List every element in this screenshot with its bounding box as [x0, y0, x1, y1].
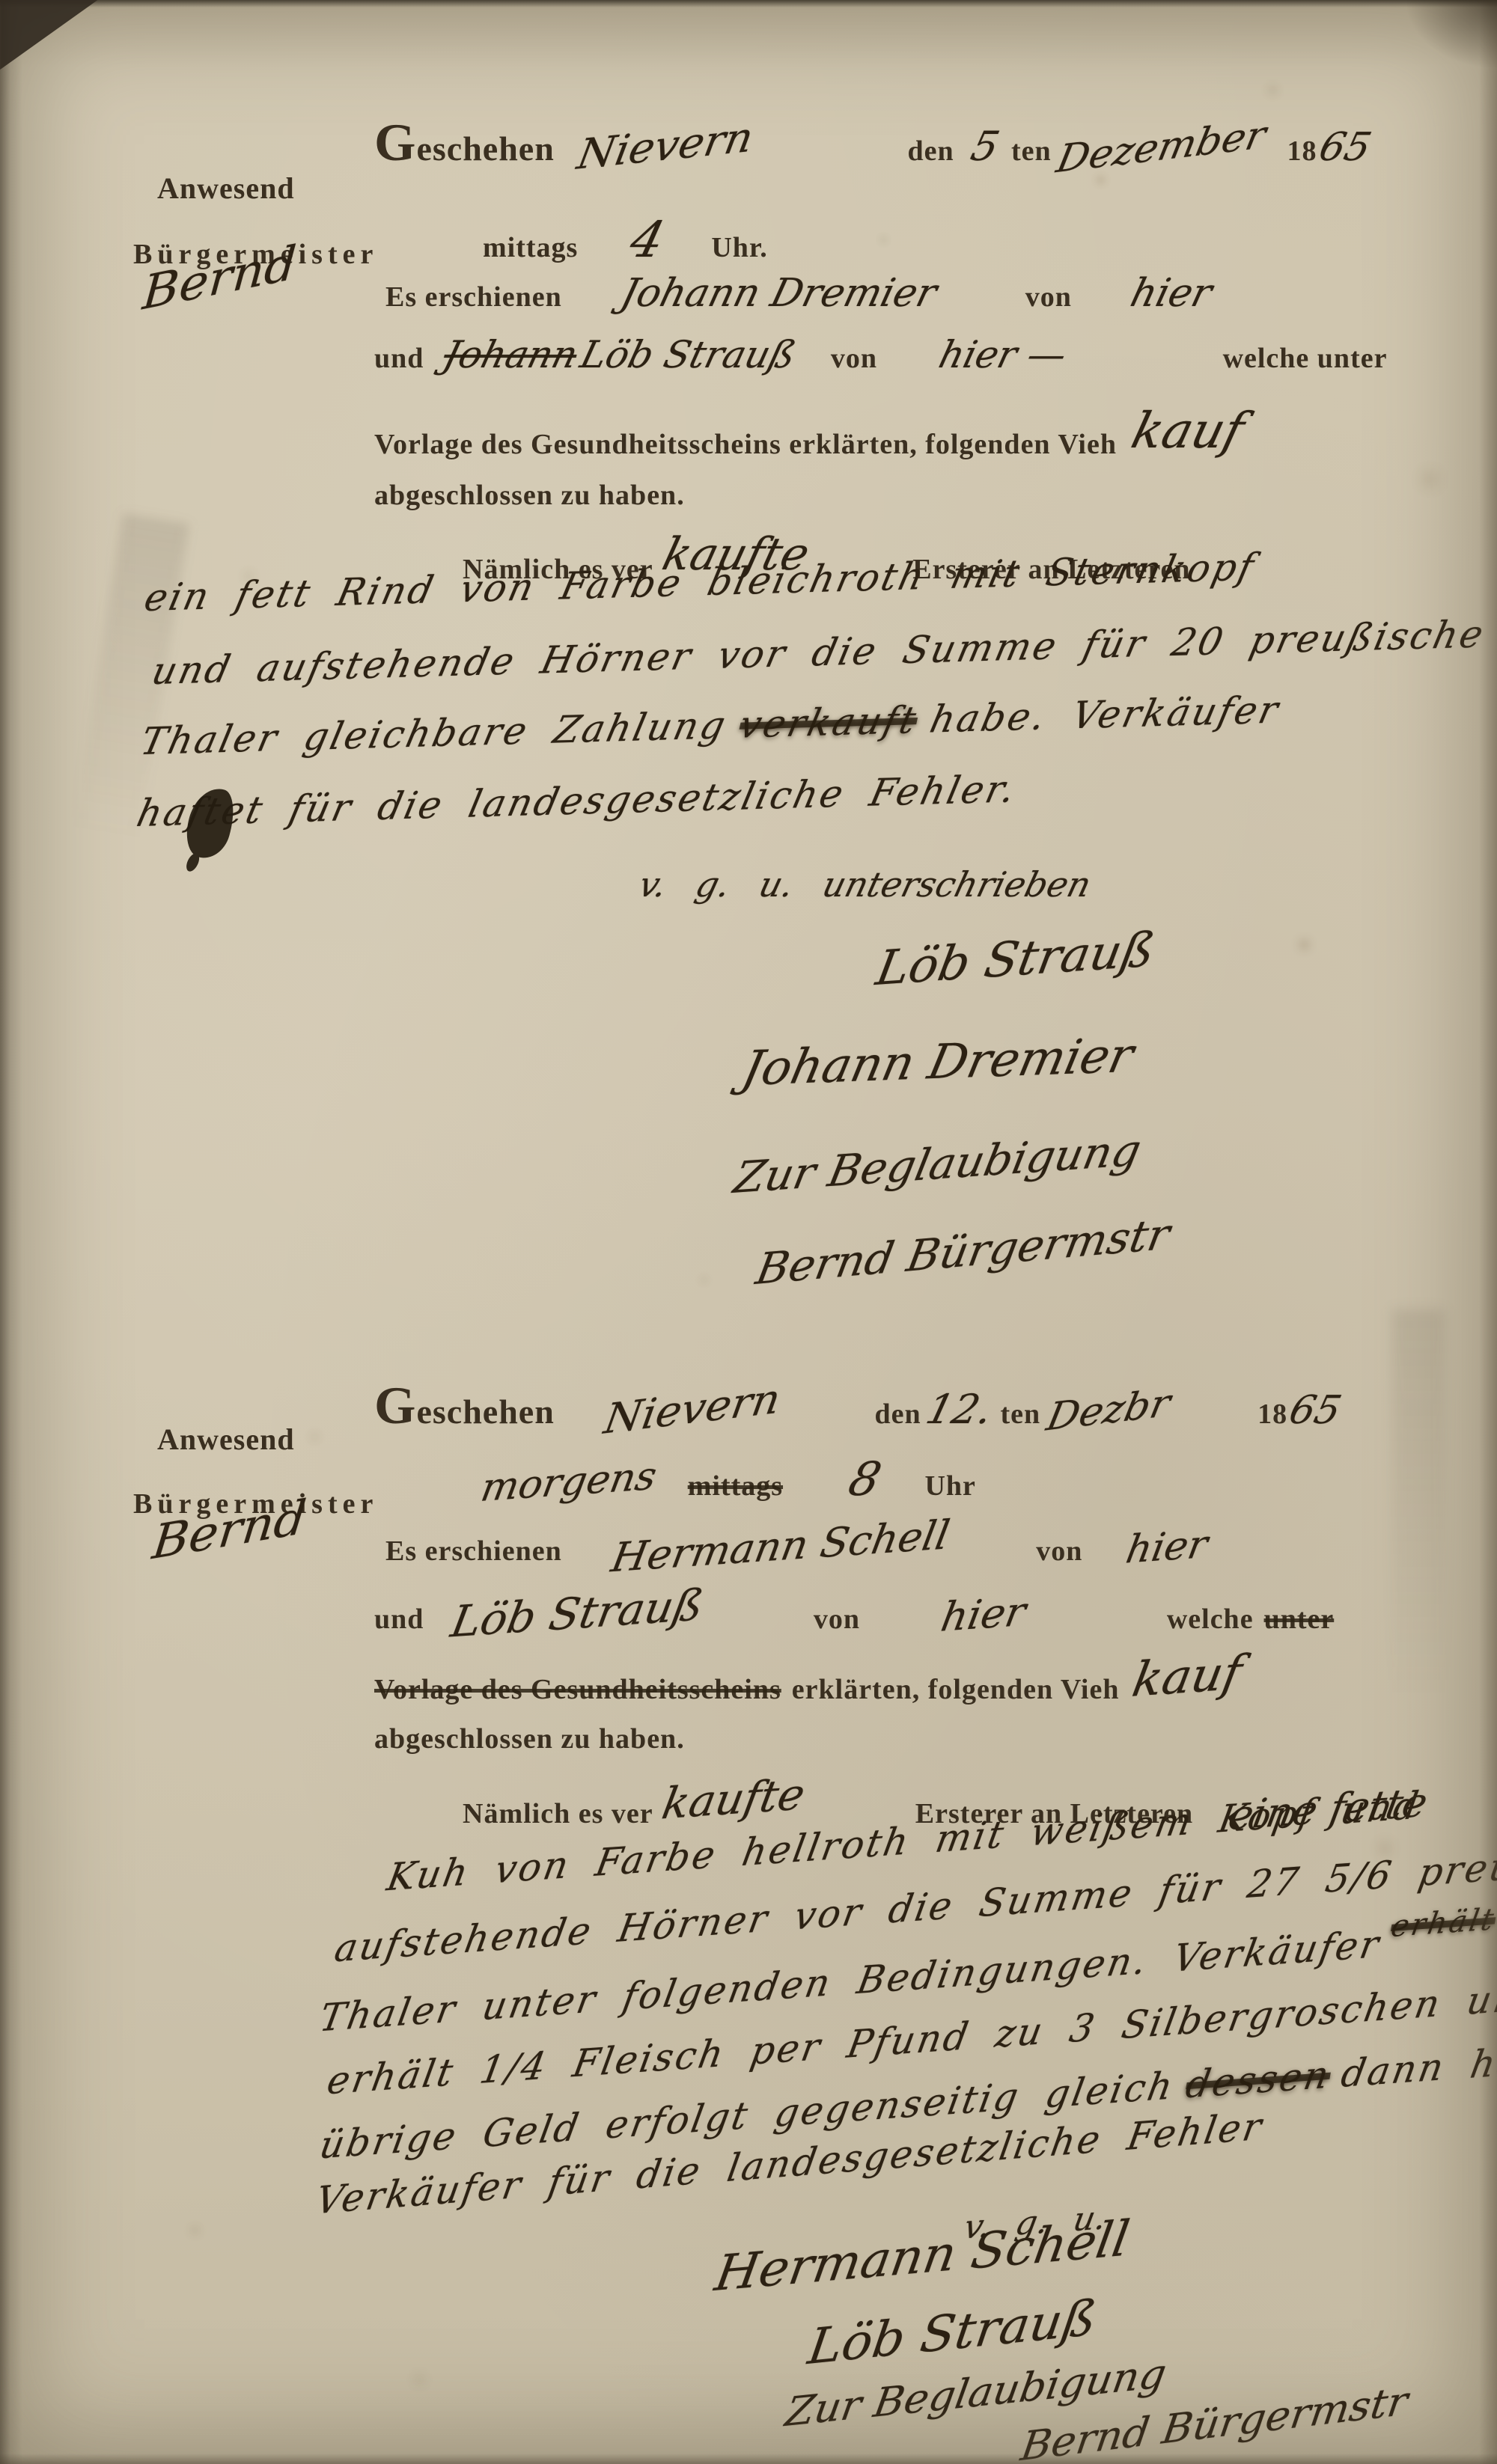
seller-signature: Löb Strauß — [872, 923, 1159, 997]
second-party-line-1: und Johann Löb Strauß von hier — welche … — [374, 333, 1387, 376]
body1-line3: Thaler gleichbare Zahlung verkauft habe.… — [141, 688, 1279, 763]
buyer-signature: Hermann Schell — [711, 2210, 1133, 2302]
von-label: von — [814, 1603, 860, 1636]
naemlich-pre-label: Nämlich es ver — [463, 1797, 653, 1830]
place-entry: Nievern — [573, 113, 757, 179]
place-entry: Nievern — [600, 1375, 784, 1443]
closing-line-1: abgeschlossen zu haben. — [374, 479, 685, 512]
mayor-signature: Bernd Bürgermstr — [752, 1208, 1174, 1294]
paper-edge-bottom — [0, 2454, 1497, 2464]
von-label: von — [831, 342, 877, 375]
vorlage-line-1: Vorlage des Gesundheitsscheins erklärten… — [374, 408, 1243, 465]
second-place-entry: hier — — [935, 333, 1071, 376]
anwesend-label: Anwesend — [157, 1422, 295, 1457]
appeared-place-entry: hier — [1123, 1522, 1211, 1572]
den-label: den — [874, 1398, 921, 1431]
struck-name-entry: Johann — [439, 333, 582, 376]
abgeschlossen-label: abgeschlossen zu haben. — [374, 479, 685, 512]
struck-word: verkauft — [735, 698, 921, 747]
month-entry: Dezember — [1052, 113, 1269, 182]
uhr-label: Uhr. — [711, 231, 767, 264]
vorlage-printed-text: erklärten, folgenden Vieh — [792, 1673, 1120, 1706]
geschehen-label: Geschehen — [374, 112, 555, 174]
appeared-name-entry: Johann Dremier — [616, 271, 941, 316]
es-erschienen-label: Es erschienen — [385, 1535, 562, 1568]
time-line-2: morgens mittags 8 Uhr — [483, 1452, 976, 1506]
margin-mayor-signature-1: Bernd — [141, 266, 289, 321]
header-line-1: Geschehen Nievern den 5 ten Dezember 18 … — [374, 112, 1370, 174]
anwesend-label: Anwesend — [157, 171, 295, 206]
margin-mayor-signature-2: Bernd — [150, 1515, 298, 1571]
und-label: und — [374, 1603, 424, 1636]
den-label: den — [907, 135, 954, 168]
struck-mittags-label: mittags — [688, 1470, 783, 1502]
struck-vorlage-text: Vorlage des Gesundheitsscheins — [374, 1673, 781, 1706]
morgens-entry: morgens — [478, 1454, 660, 1511]
kauf-entry: kauf — [1126, 402, 1249, 459]
second-party-line-2: und Löb Strauß von hier welche unter — [374, 1588, 1334, 1639]
second-name-entry: Löb Strauß — [448, 1580, 708, 1648]
paper-edge-top — [0, 0, 1497, 7]
mittags-label: mittags — [483, 231, 578, 264]
year-printed-prefix: 18 — [1287, 135, 1317, 168]
year-printed-prefix: 18 — [1257, 1398, 1287, 1431]
mayor-signature-line-1: Bernd Bürgermstr — [752, 1244, 1156, 1294]
und-label: und — [374, 342, 424, 375]
document-scan-page: Anwesend Bürgermeister Bernd Geschehen N… — [0, 0, 1497, 2464]
vorlage-printed-text: Vorlage des Gesundheitsscheins erklärten… — [374, 428, 1117, 461]
appeared-name-entry: Hermann Schell — [608, 1511, 953, 1582]
margin-anwesend-2: Anwesend — [157, 1422, 295, 1457]
corner-shadow-top-right — [1407, 0, 1497, 67]
second-place-entry: hier — [938, 1588, 1030, 1641]
struck-word: dessen — [1182, 2052, 1334, 2106]
buyer-signature: Johann Dremier — [737, 1028, 1138, 1097]
welche-unter-label: welche unter — [1223, 342, 1388, 375]
year-entry: 65 — [1314, 125, 1375, 170]
margin-anwesend-1: Anwesend — [157, 171, 295, 206]
body-text: dann haftet — [1338, 2034, 1497, 2096]
vgu-line-1: v. g. u. unterschrieben — [640, 864, 1091, 905]
month-entry: Dezbr — [1043, 1381, 1174, 1440]
von-label: von — [1025, 281, 1072, 314]
vgu-formula: v. g. u. unterschrieben — [635, 864, 1095, 905]
beglaubigung-text: Zur Beglaubigung — [730, 1125, 1145, 1203]
vorlage-line-2: Vorlage des Gesundheitsscheins erklärten… — [374, 1655, 1240, 1711]
welche-label: welche — [1167, 1603, 1254, 1636]
second-name-entry: Löb Strauß — [576, 333, 800, 376]
year-entry: 65 — [1285, 1388, 1346, 1433]
body-text: haftet für die landesgesetzliche Fehler. — [133, 767, 1021, 835]
time-line-1: mittags 4 Uhr. — [483, 211, 768, 269]
body-text: und aufstehende Hörner vor die Summe für… — [148, 612, 1490, 693]
es-erschienen-label: Es erschienen — [385, 281, 562, 314]
hour-entry: 4 — [625, 211, 671, 269]
closing-line-2: abgeschlossen zu haben. — [374, 1722, 685, 1755]
appeared-line-2: Es erschienen Hermann Schell von hier — [385, 1523, 1207, 1570]
binding-shadow-left — [0, 0, 22, 2464]
body1-line2: und aufstehende Hörner vor die Summe für… — [152, 612, 1485, 693]
abgeschlossen-label: abgeschlossen zu haben. — [374, 1722, 685, 1755]
appeared-line-1: Es erschienen Johann Dremier von hier — [385, 271, 1211, 316]
kaufte-entry: kaufte — [658, 1769, 808, 1829]
body-text: habe. Verkäufer — [926, 688, 1284, 741]
uhr-label: Uhr — [924, 1470, 975, 1502]
ten-label: ten — [1011, 135, 1052, 168]
signature-1-1: Löb Strauß — [872, 941, 1145, 997]
struck-unter-label: unter — [1264, 1603, 1335, 1636]
geschehen-label: Geschehen — [374, 1375, 555, 1437]
von-label: von — [1036, 1535, 1082, 1568]
ten-label: ten — [1001, 1398, 1041, 1431]
day-entry: 5 — [966, 123, 1004, 170]
header-line-2: Geschehen Nievern den 12. ten Dezbr 18 6… — [374, 1375, 1340, 1437]
paper-streak — [1392, 1309, 1445, 1699]
paper-edge-right — [1479, 0, 1497, 2464]
appeared-place-entry: hier — [1126, 271, 1216, 316]
hour-entry: 8 — [844, 1452, 887, 1506]
body-text: Thaler gleichbare Zahlung — [137, 703, 731, 763]
day-entry: 12. — [921, 1386, 998, 1433]
beglaubigung-line-1: Zur Beglaubigung — [730, 1152, 1129, 1203]
kauf-entry: kauf — [1129, 1645, 1246, 1708]
body1-line4: haftet für die landesgesetzliche Fehler. — [137, 767, 1016, 835]
signature-2-1: Johann Dremier — [737, 1042, 1123, 1097]
